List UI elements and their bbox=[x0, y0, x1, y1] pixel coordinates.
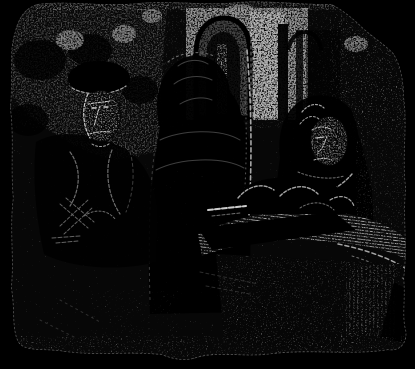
engraving-illustration bbox=[0, 0, 415, 369]
floor-hatch bbox=[90, 290, 178, 344]
seated-figure-face-texture bbox=[311, 117, 347, 165]
window-bar bbox=[278, 24, 288, 120]
table-front-diagonal-hatch bbox=[224, 266, 320, 332]
engraving-canvas bbox=[0, 0, 415, 369]
vignette bbox=[0, 0, 415, 369]
